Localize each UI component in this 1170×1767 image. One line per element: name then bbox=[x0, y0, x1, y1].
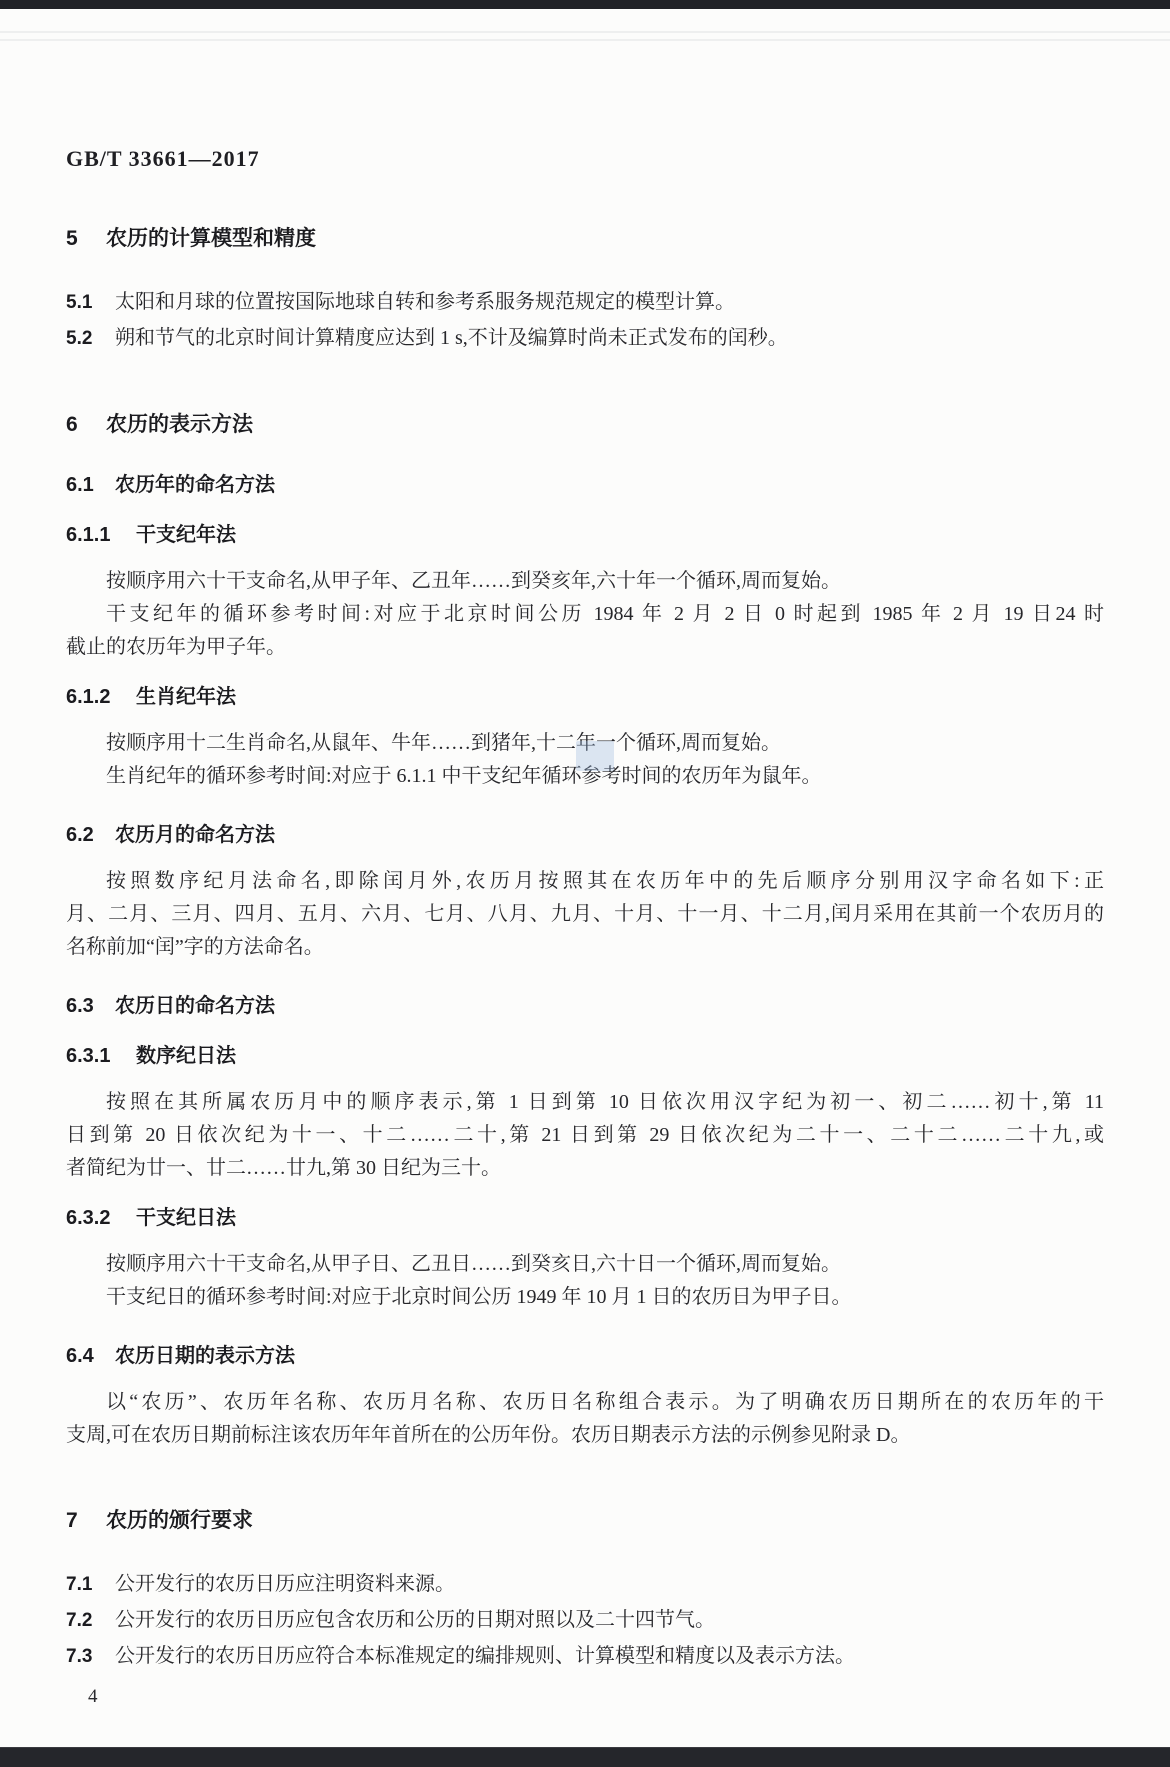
paragraph-line: 按照数序纪月法命名,即除闰月外,农历月按照其在农历年中的先后顺序分别用汉字命名如… bbox=[66, 865, 1104, 898]
clause: 7.2公开发行的农历日历应包含农历和公历的日期对照以及二十四节气。 bbox=[66, 1603, 1104, 1638]
section-title: 农历的颁行要求 bbox=[106, 1504, 253, 1537]
clause-text: 公开发行的农历日历应符合本标准规定的编排规则、计算模型和精度以及表示方法。 bbox=[115, 1639, 1104, 1673]
paragraph-line: 月、二月、三月、四月、五月、六月、七月、八月、九月、十月、十一月、十二月,闰月采… bbox=[66, 898, 1104, 931]
section-heading: 6.1.1干支纪年法 bbox=[66, 519, 1104, 552]
paragraph-line: 名称前加“闰”字的方法命名。 bbox=[66, 931, 1104, 964]
section-number: 5 bbox=[66, 222, 106, 255]
section-heading: 6.1.2生肖纪年法 bbox=[66, 681, 1104, 714]
viewer-bottom-bar bbox=[0, 1747, 1170, 1767]
page-number: 4 bbox=[88, 1686, 1104, 1708]
section-heading: 6农历的表示方法 bbox=[66, 408, 1104, 441]
paragraph: 按照数序纪月法命名,即除闰月外,农历月按照其在农历年中的先后顺序分别用汉字命名如… bbox=[66, 865, 1104, 964]
section-title: 农历月的命名方法 bbox=[115, 819, 275, 852]
section-title: 数序纪日法 bbox=[136, 1040, 236, 1073]
section-title: 农历年的命名方法 bbox=[115, 469, 275, 502]
clause-text: 公开发行的农历日历应包含农历和公历的日期对照以及二十四节气。 bbox=[115, 1603, 1104, 1637]
scan-highlight-artifact bbox=[576, 741, 614, 771]
paragraph-line: 支周,可在农历日期前标注该农历年年首所在的公历年份。农历日期表示方法的示例参见附… bbox=[66, 1419, 1104, 1452]
section-heading: 6.3.1数序纪日法 bbox=[66, 1040, 1104, 1073]
section-number: 7 bbox=[66, 1504, 106, 1537]
section-heading: 7农历的颁行要求 bbox=[66, 1504, 1104, 1537]
section-number: 6.3 bbox=[66, 990, 115, 1023]
clause-number: 7.3 bbox=[66, 1640, 115, 1674]
standard-number-header: GB/T 33661—2017 bbox=[66, 146, 1104, 172]
section-title: 农历的计算模型和精度 bbox=[106, 222, 316, 255]
document-page: GB/T 33661—2017 5农历的计算模型和精度5.1太阳和月球的位置按国… bbox=[66, 0, 1104, 1708]
section-title: 农历日的命名方法 bbox=[115, 990, 275, 1023]
paragraph: 按照在其所属农历月中的顺序表示,第 1 日到第 10 日依次用汉字纪为初一、初二… bbox=[66, 1086, 1104, 1185]
section-heading: 6.3.2干支纪日法 bbox=[66, 1202, 1104, 1235]
clause: 5.1太阳和月球的位置按国际地球自转和参考系服务规范规定的模型计算。 bbox=[66, 285, 1104, 320]
clause: 7.3公开发行的农历日历应符合本标准规定的编排规则、计算模型和精度以及表示方法。 bbox=[66, 1639, 1104, 1674]
paragraph-line: 者简纪为廿一、廿二……廿九,第 30 日纪为三十。 bbox=[66, 1152, 1104, 1185]
section-number: 6.2 bbox=[66, 819, 115, 852]
clause-number: 5.2 bbox=[66, 322, 115, 356]
section-number: 6 bbox=[66, 408, 106, 441]
clause-number: 7.1 bbox=[66, 1568, 115, 1602]
clause-text: 公开发行的农历日历应注明资料来源。 bbox=[115, 1567, 1104, 1601]
clause: 7.1公开发行的农历日历应注明资料来源。 bbox=[66, 1567, 1104, 1602]
section-title: 生肖纪年法 bbox=[136, 681, 236, 714]
clause: 5.2朔和节气的北京时间计算精度应达到 1 s,不计及编算时尚未正式发布的闰秒。 bbox=[66, 321, 1104, 356]
section-title: 干支纪日法 bbox=[136, 1202, 236, 1235]
clause-text: 朔和节气的北京时间计算精度应达到 1 s,不计及编算时尚未正式发布的闰秒。 bbox=[115, 321, 1104, 355]
paragraph: 按顺序用六十干支命名,从甲子日、乙丑日……到癸亥日,六十日一个循环,周而复始。干… bbox=[66, 1248, 1104, 1314]
section-number: 6.3.2 bbox=[66, 1202, 136, 1235]
section-title: 农历日期的表示方法 bbox=[115, 1340, 295, 1373]
paragraph: 以“农历”、农历年名称、农历月名称、农历日名称组合表示。为了明确农历日期所在的农… bbox=[66, 1386, 1104, 1452]
paragraph-line: 按顺序用六十干支命名,从甲子日、乙丑日……到癸亥日,六十日一个循环,周而复始。 bbox=[66, 1248, 1104, 1281]
section-heading: 5农历的计算模型和精度 bbox=[66, 222, 1104, 255]
clause-text: 太阳和月球的位置按国际地球自转和参考系服务规范规定的模型计算。 bbox=[115, 285, 1104, 319]
clause-number: 5.1 bbox=[66, 286, 115, 320]
paragraph-line: 按照在其所属农历月中的顺序表示,第 1 日到第 10 日依次用汉字纪为初一、初二… bbox=[66, 1086, 1104, 1119]
section-number: 6.1.2 bbox=[66, 681, 136, 714]
paragraph-line: 以“农历”、农历年名称、农历月名称、农历日名称组合表示。为了明确农历日期所在的农… bbox=[66, 1386, 1104, 1419]
section-heading: 6.4农历日期的表示方法 bbox=[66, 1340, 1104, 1373]
paragraph: 按顺序用六十干支命名,从甲子年、乙丑年……到癸亥年,六十年一个循环,周而复始。干… bbox=[66, 565, 1104, 664]
document-body: 5农历的计算模型和精度5.1太阳和月球的位置按国际地球自转和参考系服务规范规定的… bbox=[66, 222, 1104, 1674]
paragraph-line: 截止的农历年为甲子年。 bbox=[66, 631, 1104, 664]
paragraph-line: 干支纪年的循环参考时间:对应于北京时间公历 1984 年 2 月 2 日 0 时… bbox=[66, 598, 1104, 631]
section-number: 6.3.1 bbox=[66, 1040, 136, 1073]
paragraph-line: 干支纪日的循环参考时间:对应于北京时间公历 1949 年 10 月 1 日的农历… bbox=[66, 1281, 1104, 1314]
paragraph-line: 按顺序用六十干支命名,从甲子年、乙丑年……到癸亥年,六十年一个循环,周而复始。 bbox=[66, 565, 1104, 598]
paragraph-line: 日到第 20 日依次纪为十一、十二……二十,第 21 日到第 29 日依次纪为二… bbox=[66, 1119, 1104, 1152]
section-heading: 6.2农历月的命名方法 bbox=[66, 819, 1104, 852]
section-heading: 6.1农历年的命名方法 bbox=[66, 469, 1104, 502]
clause-number: 7.2 bbox=[66, 1604, 115, 1638]
section-heading: 6.3农历日的命名方法 bbox=[66, 990, 1104, 1023]
section-number: 6.1 bbox=[66, 469, 115, 502]
section-title: 干支纪年法 bbox=[136, 519, 236, 552]
section-number: 6.1.1 bbox=[66, 519, 136, 552]
section-number: 6.4 bbox=[66, 1340, 115, 1373]
section-title: 农历的表示方法 bbox=[106, 408, 253, 441]
